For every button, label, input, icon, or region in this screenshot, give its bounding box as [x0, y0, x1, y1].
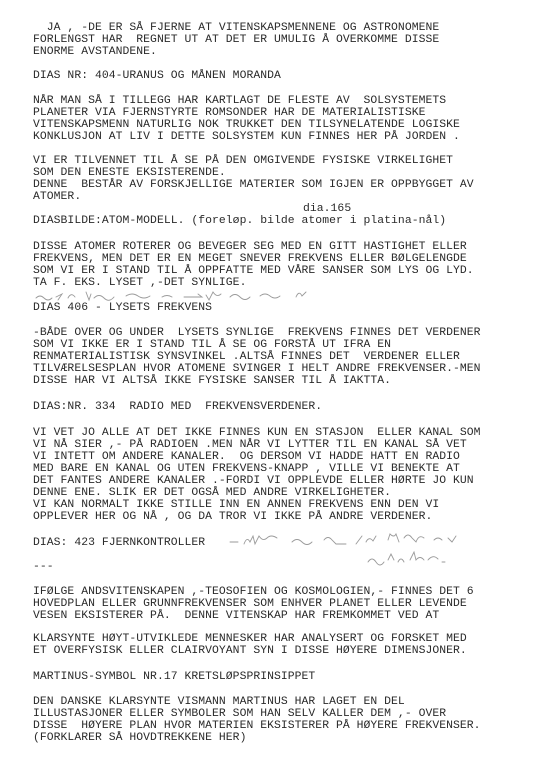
- separator: ---: [33, 561, 54, 573]
- text-line: VI ER TILVENNET TIL Å SE PÅ DEN OMGIVEND…: [33, 155, 453, 167]
- text-line: VI INTETT OM ANDERE KANALER. OG DERSOM V…: [33, 451, 460, 463]
- text-line: DENNE BESTÅR AV FORSKJELLIGE MATERIER SO…: [33, 179, 474, 191]
- text-line: SOM VI ER I STAND TIL Å OPPFATTE MED VÅR…: [33, 265, 474, 277]
- text-line: (FORKLARER SÅ HOVDTREKKENE HER): [33, 732, 246, 744]
- text-line: KLARSYNTE HØYT-UTVIKLEDE MENNESKER HAR A…: [33, 633, 467, 645]
- text-line: DET FANTES ANDERE KANALER .-FORDI VI OPP…: [33, 475, 474, 487]
- text-line: VI KAN NORMALT IKKE STILLE INN EN ANNEN …: [33, 499, 439, 511]
- text-line: JA , -DE ER SÅ FJERNE AT VITENSKAPSMENNE…: [33, 22, 439, 34]
- text-line: KONKLUSJON AT LIV I DETTE SOLSYSTEM KUN …: [33, 131, 460, 143]
- text-line: VESEN EKSISTERER PÅ. DENNE VITENSKAP HAR…: [33, 610, 439, 622]
- text-line: DISSE HØYERE PLAN HVOR MATERIEN EKSISTER…: [33, 720, 481, 732]
- dia-number: dia.165: [303, 203, 351, 215]
- symbol-reference: MARTINUS-SYMBOL NR.17 KRETSLØPSPRINSIPPE…: [33, 671, 315, 683]
- text-line: FREKVENS, MEN DET ER EN MEGET SNEVER FRE…: [33, 253, 467, 265]
- text-line: HOVEDPLAN ELLER GRUNNFREKVENSER SOM ENHV…: [33, 598, 467, 610]
- text-line: DISSE HAR VI ALTSÅ IKKE FYSISKE SANSER T…: [33, 375, 391, 387]
- text-line: VITENSKAPSMENN NATURLIG NOK TRUKKET DEN …: [33, 119, 460, 131]
- text-line: ET OVERFYSISK ELLER CLAIRVOYANT SYN I DI…: [33, 645, 467, 657]
- text-line: DEN DANSKE KLARSYNTE VISMANN MARTINUS HA…: [33, 696, 405, 708]
- handwritten-note: [34, 288, 364, 302]
- text-line: SOM VI IKKE ER I STAND TIL Å SE OG FORST…: [33, 339, 391, 351]
- typewritten-page: JA , -DE ER SÅ FJERNE AT VITENSKAPSMENNE…: [0, 0, 553, 759]
- text-line: ENORME AVSTANDENE.: [33, 46, 157, 58]
- text-line: DISSE ATOMER ROTERER OG BEVEGER SEG MED …: [33, 241, 467, 253]
- slide-reference: DIASBILDE:ATOM-MODELL. (foreløp. bilde a…: [33, 215, 446, 227]
- text-line: IFØLGE ANDSVITENSKAPEN ,-TEOSOFIEN OG KO…: [33, 586, 474, 598]
- text-line: TILVÆRELSESPLAN HVOR ATOMENE SVINGER I H…: [33, 363, 481, 375]
- text-line: MED BARE EN KANAL OG UTEN FREKVENS-KNAPP…: [33, 463, 460, 475]
- text-line: VI NÅ SIER ,- PÅ RADIOEN .MEN NÅR VI LYT…: [33, 439, 467, 451]
- text-line: PLANETER VIA FJERNSTYRTE ROMSONDER HAR D…: [33, 107, 425, 119]
- slide-reference: DIAS: 423 FJERNKONTROLLER: [33, 537, 205, 549]
- slide-reference: DIAS 406 - LYSETS FREKVENS: [33, 302, 212, 314]
- text-line: OPPLEVER HER OG NÅ , OG DA TROR VI IKKE …: [33, 511, 432, 523]
- text-line: NÅR MAN SÅ I TILLEGG HAR KARTLAGT DE FLE…: [33, 95, 446, 107]
- text-line: ATOMER.: [33, 191, 81, 203]
- text-line: ILLUSTASJONER ELLER SYMBOLER SOM HAN SEL…: [33, 708, 446, 720]
- text-line: VI VET JO ALLE AT DET IKKE FINNES KUN EN…: [33, 427, 481, 439]
- slide-reference: DIAS:NR. 334 RADIO MED FREKVENSVERDENER.: [33, 401, 322, 413]
- text-line: DENNE ENE. SLIK ER DET OGSÅ MED ANDRE VI…: [33, 487, 391, 499]
- handwritten-note: [228, 530, 528, 570]
- text-line: SOM DEN ENESTE EKSISTERENDE.: [33, 167, 226, 179]
- slide-reference: DIAS NR: 404-URANUS OG MÅNEN MORANDA: [33, 70, 281, 82]
- text-line: RENMATERIALISTISK SYNSVINKEL .ALTSÅ FINN…: [33, 351, 460, 363]
- text-line: TA F. EKS. LYSET ,-DET SYNLIGE.: [33, 277, 246, 289]
- text-line: FORLENGST HAR REGNET UT AT DET ER UMULIG…: [33, 34, 439, 46]
- text-line: -BÅDE OVER OG UNDER LYSETS SYNLIGE FREKV…: [33, 327, 481, 339]
